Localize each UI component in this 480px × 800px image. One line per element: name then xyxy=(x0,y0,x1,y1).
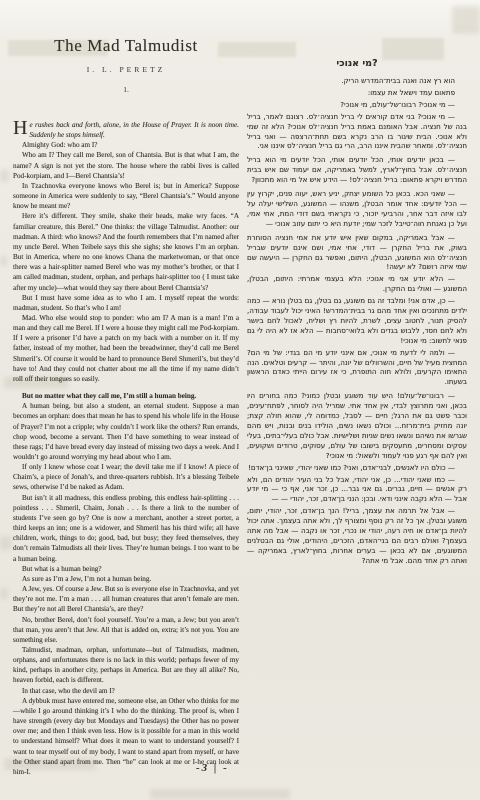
hebrew-paragraph: — רבונו־של־עולם! היש עוד משוגע ובטלן כמו… xyxy=(247,391,467,460)
scan-smudge xyxy=(0,536,11,550)
hebrew-paragraph: — מי אנוכי? בני אדם קוראים לי בריל חנציה… xyxy=(247,112,467,152)
scan-smudge xyxy=(0,588,8,599)
hebrew-paragraph: — בכאן יודעים אותי, הכל יודעים אותי, הכל… xyxy=(247,155,467,185)
english-paragraph: Mad. Who else would stop to ponder: who … xyxy=(13,313,239,384)
hebrew-paragraph: פתאום עמד וישאל את עצמו: xyxy=(247,88,467,98)
english-paragraph: But no matter what they call me, I’m sti… xyxy=(13,391,239,401)
hebrew-paragraph: — שאני הכא. בכאן כל השומע יצחק, יניע ראש… xyxy=(247,189,467,229)
english-paragraph: Almighty God: who am I? xyxy=(13,140,239,150)
scan-smudge xyxy=(0,256,7,266)
hebrew-paragraph: הוא רץ אנה ואנה בבית־המדרש הריק. xyxy=(247,76,467,86)
english-paragraph: He rushes back and forth, alone, in the … xyxy=(13,120,239,140)
english-paragraph: Who am I? They call me Berel, son of Cha… xyxy=(13,150,239,180)
english-paragraph: A human being, but also a student, an et… xyxy=(13,401,239,462)
story-title: The Mad Talmudist xyxy=(12,36,240,56)
hebrew-paragraph: — ולמה לי לדעת מי אנוכי, אם אינני יודע מ… xyxy=(247,348,467,388)
scan-smudge xyxy=(150,789,290,799)
hebrew-paragraph: — כן, אדם אני! ומלבד זה גם משוגע, גם בטל… xyxy=(247,296,467,346)
hebrew-paragraph: — הלא יודע אני מי אנוכי: הלא בעצמי אמרתי… xyxy=(247,274,467,294)
english-paragraph: A Jew, yes. Of course a Jew. But so is e… xyxy=(13,584,239,614)
english-paragraph: If only I knew whose coat I wear; the de… xyxy=(13,462,239,492)
scan-smudge xyxy=(452,6,480,34)
scan-smudge xyxy=(0,170,9,182)
hebrew-paragraph: — אבל אל תרמה את עצמך, בריל! הנך בן־אדם,… xyxy=(247,506,467,565)
title-block: The Mad Talmudist I. L. PERETZ 1. xyxy=(12,36,240,94)
hebrew-paragraph: — אבל באמריקה, במקום שאין איש יודע את אמ… xyxy=(247,233,467,273)
scanned-page: The Mad Talmudist I. L. PERETZ 1. He rus… xyxy=(0,0,480,800)
hebrew-title: מי אנוכי? xyxy=(247,58,467,69)
english-paragraph: Here it’s different. They smile, shake t… xyxy=(13,211,239,292)
scan-tape-mark xyxy=(382,38,444,60)
hebrew-paragraph: — מי אנוכי? רבונו־של־עולם, מי אנוכי? xyxy=(247,100,467,110)
english-paragraph: But isn’t it all madness, this endless p… xyxy=(13,493,239,564)
english-paragraph: But what is a human being? xyxy=(13,564,239,574)
section-number: 1. xyxy=(12,85,240,94)
hebrew-column: הוא רץ אנה ואנה בבית־המדרש הריק. פתאום ע… xyxy=(247,76,467,568)
english-paragraph: In Tzachnovka everyone knows who Berel i… xyxy=(13,181,239,211)
english-paragraph: But I must have some idea as to who I am… xyxy=(13,293,239,313)
author-name: I. L. PERETZ xyxy=(12,65,240,74)
page-number: -3 | - xyxy=(196,762,229,774)
english-paragraph: As sure as I’m a Jew, I’m not a human be… xyxy=(13,574,239,584)
english-paragraph: In that case, who the devil am I? xyxy=(13,686,239,696)
hebrew-paragraph: — כמו שאני יהודי... כן, אני יהודי, אבל כ… xyxy=(247,475,467,505)
hebrew-paragraph: — כולם היו לאנשים, לבני־אדם, ואני? כמו ש… xyxy=(247,463,467,473)
english-paragraph: Talmudist, madman, orphan, unfortunate—b… xyxy=(13,645,239,686)
english-column: He rushes back and forth, alone, in the … xyxy=(13,120,239,777)
english-paragraph: No, brother Berel, don’t fool yourself. … xyxy=(13,615,239,645)
